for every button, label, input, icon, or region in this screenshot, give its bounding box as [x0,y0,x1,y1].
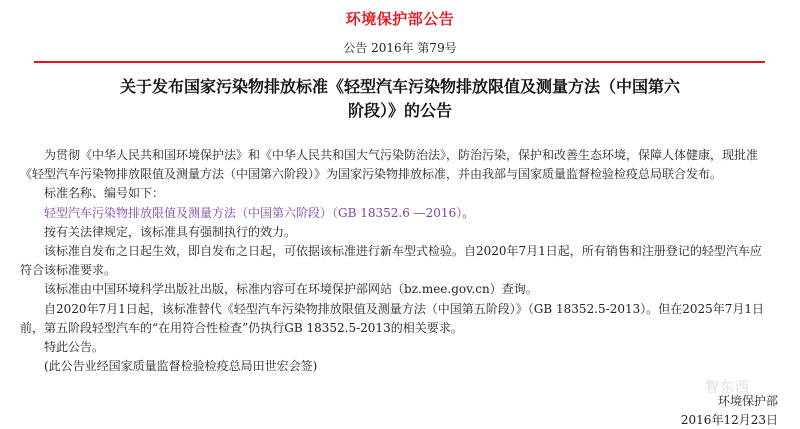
paragraph-cosign-note: (此公告业经国家质量监督检验检疫总局田世宏会签) [20,357,765,376]
paragraph-replacement: 自2020年7月1日起，该标准替代《轻型汽车污染物排放限值及测量方法（中国第五阶… [20,300,765,338]
red-divider [34,61,765,63]
paragraph-standard-name: 轻型汽车污染物排放限值及测量方法（中国第六阶段）（GB 18352.6 —201… [20,204,765,223]
announcement-title-line2: 阶段）》的公告 [60,99,740,123]
announcement-title-line1: 关于发布国家污染物排放标准《轻型汽车污染物排放限值及测量方法（中国第六 [60,75,740,99]
paragraph-closing: 特此公告。 [20,338,765,357]
issue-date: 2016年12月23日 [681,411,778,429]
paragraph-legal-effect: 按有关法律规定，该标准具有强制执行的效力。 [20,223,765,242]
paragraph-standard-label: 标准名称、编号如下： [20,184,765,203]
paragraph-effective-date: 该标准自发布之日起生效，即自发布之日起，可依据该标准进行新车型式检验。自2020… [20,242,765,280]
standard-name-link[interactable]: 轻型汽车污染物排放限值及测量方法（中国第六阶段）（GB 18352.6 —201… [44,206,462,220]
paragraph-purpose: 为贯彻《中华人民共和国环境保护法》和《中华人民共和国大气污染防治法》，防治污染，… [20,146,765,184]
agency-title: 环境保护部公告 [0,8,800,29]
announcement-body: 为贯彻《中华人民共和国环境保护法》和《中华人民共和国大气污染防治法》，防治污染，… [20,146,765,376]
doc-number: 公告 2016年 第79号 [0,39,800,56]
paragraph-publisher: 该标准由中国环境科学出版社出版，标准内容可在环境保护部网站（bz.mee.gov… [20,280,765,299]
issuer-name: 环境保护部 [681,392,778,411]
signature-block: 环境保护部 2016年12月23日 [681,392,778,429]
standard-name-period: 。 [462,206,474,220]
announcement-title: 关于发布国家污染物排放标准《轻型汽车污染物排放限值及测量方法（中国第六 阶段）》… [60,75,740,123]
